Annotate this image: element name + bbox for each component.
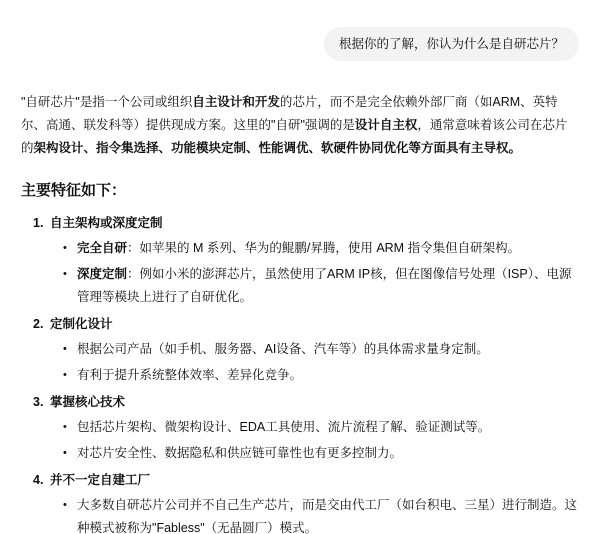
feature-title: 并不一定自建工厂 [50,473,150,487]
user-message-bubble: 根据你的了解，你认为什么是自研芯片？ [324,27,579,61]
feature-heading: 3.掌握核心技术 [33,391,579,414]
features-heading: 主要特征如下： [21,180,579,202]
bullet-dot-icon: • [63,494,67,517]
text-segment: ：如苹果的 M 系列、华为的鲲鹏/昇腾，使用 ARM 指令集但自研架构。 [127,241,520,255]
text-segment: "自研芯片"是指一个公司或组织 [21,95,192,109]
bullet-item: •包括芯片架构、微架构设计、EDA工具使用、流片流程了解、验证测试等。 [77,416,579,439]
chat-conversation: 根据你的了解，你认为什么是自研芯片？ "自研芯片"是指一个公司或组织自主设计和开… [0,0,600,534]
text-segment: 深度定制 [77,267,127,281]
feature-item: 3.掌握核心技术•包括芯片架构、微架构设计、EDA工具使用、流片流程了解、验证测… [33,391,579,465]
bullet-dot-icon: • [63,263,67,286]
text-segment: 对芯片安全性、数据隐私和供应链可靠性也有更多控制力。 [77,446,402,460]
bullet-dot-icon: • [63,364,67,387]
feature-item: 2.定制化设计•根据公司产品（如手机、服务器、AI设备、汽车等）的具体需求量身定… [33,313,579,387]
feature-heading: 2.定制化设计 [33,313,579,336]
feature-bullets: •根据公司产品（如手机、服务器、AI设备、汽车等）的具体需求量身定制。•有利于提… [33,338,579,387]
feature-number: 1. [33,212,50,235]
text-segment: 有利于提升系统整体效率、差异化竞争。 [77,368,302,382]
feature-number: 4. [33,469,50,492]
text-segment: ：例如小米的澎湃芯片，虽然使用了ARM IP核，但在图像信号处理（ISP）、电源… [77,267,571,304]
text-segment: 包括芯片架构、微架构设计、EDA工具使用、流片流程了解、验证测试等。 [77,420,490,434]
bullet-item: •对芯片安全性、数据隐私和供应链可靠性也有更多控制力。 [77,442,579,465]
feature-bullets: •包括芯片架构、微架构设计、EDA工具使用、流片流程了解、验证测试等。•对芯片安… [33,416,579,465]
feature-item: 4.并不一定自建工厂•大多数自研芯片公司并不自己生产芯片，而是交由代工厂（如台积… [33,469,579,534]
bullet-dot-icon: • [63,416,67,439]
feature-bullets: •完全自研：如苹果的 M 系列、华为的鲲鹏/昇腾，使用 ARM 指令集但自研架构… [33,237,579,309]
text-segment: 大多数自研芯片公司并不自己生产芯片，而是交由代工厂（如台积电、三星）进行制造。这… [77,498,577,534]
text-segment: 设计自主权 [355,118,418,132]
bullet-item: •根据公司产品（如手机、服务器、AI设备、汽车等）的具体需求量身定制。 [77,338,579,361]
feature-number: 3. [33,391,50,414]
text-segment: 根据公司产品（如手机、服务器、AI设备、汽车等）的具体需求量身定制。 [77,342,489,356]
bullet-dot-icon: • [63,237,67,260]
feature-title: 定制化设计 [50,317,113,331]
assistant-message: "自研芯片"是指一个公司或组织自主设计和开发的芯片，而不是完全依赖外部厂商（如A… [21,91,579,534]
feature-title: 自主架构或深度定制 [50,216,163,230]
bullet-item: •深度定制：例如小米的澎湃芯片，虽然使用了ARM IP核，但在图像信号处理（IS… [77,263,579,309]
feature-bullets: •大多数自研芯片公司并不自己生产芯片，而是交由代工厂（如台积电、三星）进行制造。… [33,494,579,534]
feature-heading: 1.自主架构或深度定制 [33,212,579,235]
feature-title: 掌握核心技术 [50,395,125,409]
bullet-dot-icon: • [63,338,67,361]
feature-item: 1.自主架构或深度定制•完全自研：如苹果的 M 系列、华为的鲲鹏/昇腾，使用 A… [33,212,579,309]
text-segment: 架构设计、指令集选择、功能模块定制、性能调优、软硬件协同优化等方面具有主导权。 [34,141,522,155]
feature-heading: 4.并不一定自建工厂 [33,469,579,492]
bullet-item: •有利于提升系统整体效率、差异化竞争。 [77,364,579,387]
features-list: 1.自主架构或深度定制•完全自研：如苹果的 M 系列、华为的鲲鹏/昇腾，使用 A… [21,212,579,534]
text-segment: 完全自研 [77,241,127,255]
text-segment: 自主设计和开发 [192,95,280,109]
bullet-item: •完全自研：如苹果的 M 系列、华为的鲲鹏/昇腾，使用 ARM 指令集但自研架构… [77,237,579,260]
bullet-dot-icon: • [63,442,67,465]
feature-number: 2. [33,313,50,336]
bullet-item: •大多数自研芯片公司并不自己生产芯片，而是交由代工厂（如台积电、三星）进行制造。… [77,494,579,534]
intro-paragraph: "自研芯片"是指一个公司或组织自主设计和开发的芯片，而不是完全依赖外部厂商（如A… [21,91,579,160]
user-message-row: 根据你的了解，你认为什么是自研芯片？ [21,27,579,61]
